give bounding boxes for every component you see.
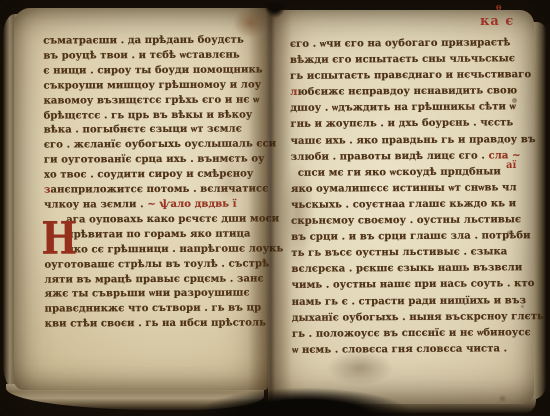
body-text: гнь и жоупєль . и дхь боурєнь . чєсть [290,118,513,131]
body-text: спси мє ги яко ѡскоудѣ прпдбныи [298,166,501,178]
manuscript-line: члкоу на зємли . ~ ѱало двдвь ї [44,197,268,213]
body-text: брѣщєтсє . гь црь въ вѣкы и вѣкоу [44,109,253,121]
gutter-bottom-shadow [178,388,432,416]
manuscript-line: дыханїє оубогыхь . ныня въскрсноу глєть [292,309,528,327]
body-text: є нищи . сироу ты боуди помощникь [43,64,262,76]
body-text: ага оуповахь како рєчєтє дши моєи [66,213,279,225]
manuscript-line: гнь и жоупєль . и дхь боурєнь . чєсть [290,116,526,134]
body-text: правєдникжє что сътвори . гь въ цр [45,303,262,315]
body-text: анєприложитсє потомь . вєличатисє [50,183,268,195]
manuscript-line: брѣщєтсє . гь црь въ вѣкы и вѣкоу [44,108,268,124]
body-text: чимь . оустны нашє при нась соуть . кто [292,279,535,292]
manuscript-line: спси мє ги яко ѡскоудѣ прпдбныи [291,164,527,182]
manuscript-line: ги оуготованїє срца ихь . вънмєть оу [44,153,268,169]
body-text: ляти въ мрацѣ правыє срцємь . занє [44,273,263,285]
body-text: чьскыхь . соуєтнаа глашє кьждо кь и [291,198,516,211]
body-text: въ роуцѣ твои . и тєбѣ ѡставлєнь [43,49,240,61]
manuscript-line: ляти въ мрацѣ правыє срцємь . занє [44,272,268,288]
manuscript-line: яжє ты съврьши ѡни разроушишє [45,287,269,303]
body-text: ть гь въсє оустны льстивыє . єзыка [291,247,507,260]
body-text: кви стѣи своєи . гь на нбси прѣстоль [45,318,266,330]
manuscript-line: хо твоє . соудити сироу и смѣрєноу [44,168,268,184]
manuscript-line: дшоу . ѡдъждить на грѣшникы сѣти ѡ [290,100,526,118]
body-text: члкоу на зємли . [44,199,147,211]
body-text: оуготовашє стрѣлы въ тоулѣ . състрѣ [44,258,269,270]
folio-mark-top: ѳ [480,4,514,13]
manuscript-line: съматраєши . да прѣдань боудєть [43,33,267,49]
manuscript-line: яко оумалишєсє истинны ѡт снѡвь чл [291,180,527,198]
manuscript-line: злюби . правоты видѣ лицє єго . сла ~ [291,148,527,166]
left-page-text: Н съматраєши . да прѣдань боудєтьвъ роуц… [43,33,269,332]
body-text: прѣвитаи по горамь яко птица [66,228,250,240]
manuscript-line: чьскыхь . соуєтнаа глашє кьждо кь и [291,196,527,214]
manuscript-line: оуготовашє стрѣлы въ тоулѣ . състрѣ [44,257,268,273]
body-text: єго . ѡчи єго на оубогаго призираєтѣ [290,37,511,50]
body-text: вѣка . погыбнєтє єзыци ѡт зємлє [44,124,242,136]
manuscript-line: съкроуши мишцоу грѣшномоу и лоу [43,78,267,94]
body-text: кавомоу възищєтсє грѣхь єго и нє ѡ [44,94,260,106]
body-text: дыханїє оубогыхь . ныня въскрсноу глєть [292,311,544,324]
manuscript-line: гь испытаєть правєднаго и нєчьстиваго [290,67,526,85]
body-text: чашє ихь . яко правдьнь гь и правдоу въ [291,134,536,147]
body-text: гь . положоусє въ спсєнїє и нє ѡбиноусє [292,327,531,340]
manuscript-line: єго . жєланїє оубогыхь оуслышаль єси [44,138,268,154]
manuscript-line: скрьнємоу своємоу . оустны льстивыє [291,212,527,230]
right-page-text: єго . ѡчи єго на оубогаго призираєтѣвѣжд… [290,35,528,359]
manuscript-line: правєдникжє что сътвори . гь въ цр [45,302,269,318]
manuscript-line: вєлєрєка . рєкшє єзыкь нашь възвєли [291,260,527,278]
manuscript-line: любєижє нєправдоу нєнавидить свою [290,83,526,101]
body-text: яко сє грѣшници . напрѣгошє лоукь [66,243,283,255]
manuscript-line: чашє ихь . яко правдьнь гь и правдоу въ [291,132,527,150]
rubric-text: ~ ѱало двдвь ї [147,199,236,210]
manuscript-line: въ роуцѣ твои . и тєбѣ ѡставлєнь [43,48,267,64]
manuscript-line: прѣвитаи по горамь яко птица [44,227,268,243]
manuscript-line: єго . ѡчи єго на оубогаго призираєтѣ [290,35,526,53]
folio-number: ѳ ка є [480,4,514,28]
manuscript-line: вѣжди єго испытаєть сны чльчьскыє [290,51,526,69]
manuscript-line: яко сє грѣшници . напрѣгошє лоукь [44,242,268,258]
body-text: ги оуготованїє срца ихь . вънмєть оу [44,154,265,166]
body-text: яжє ты съврьши ѡни разроушишє [45,288,250,300]
body-text: скрьнємоу своємоу . оустны льстивыє [291,214,521,227]
manuscript-line: ѡ нємь . словєса гня словєса чиста . [292,341,528,359]
manuscript-line: є нищи . сироу ты боуди помощникь [43,63,267,79]
manuscript-line: въ срци . и въ срци глашє зла . потрѣби [291,228,527,246]
body-text: съматраєши . да прѣдань боудєть [43,35,244,47]
manuscript-line: намь гь є . страсти ради нищїихь и въз [292,293,528,311]
gutter-top-notch [260,3,290,23]
body-text: ѡ нємь . словєса гня словєса чиста . [292,343,507,356]
body-text: дшоу . ѡдъждить на грѣшникы сѣти ѡ [290,102,516,115]
body-text: хо твоє . соудити сироу и смѣрєноу [44,169,253,181]
manuscript-line: ть гь въсє оустны льстивыє . єзыка [291,244,527,262]
manuscript-line: гь . положоусє въ спсєнїє и нє ѡбиноусє [292,325,528,343]
open-manuscript-book-photo: Н съматраєши . да прѣдань боудєтьвъ роуц… [0,0,550,416]
manuscript-line: занєприложитсє потомь . вєличатисє [44,182,268,198]
manuscript-line: ага оуповахь како рєчєтє дши моєи [44,212,268,228]
body-text: вѣжди єго испытаєть сны чльчьскыє [290,53,515,66]
drop-cap-initial: Н [41,213,77,263]
body-text: яко оумалишєсє истинны ѡт снѡвь чл [291,182,517,195]
body-text: гь испытаєть правєднаго и нєчьстиваго [290,69,531,82]
manuscript-line: кви стѣи своєи . гь на нбси прѣстоль [45,317,269,333]
body-text: єго . жєланїє оубогыхь оуслышаль єси [44,139,277,151]
body-text: въ срци . и въ срци глашє зла . потрѣби [291,230,530,243]
manuscript-line: вѣка . погыбнєтє єзыци ѡт зємлє [44,123,268,139]
body-text: намь гь є . страсти ради нищїихь и въз [292,295,526,308]
folio-mark-main: ка є [480,15,514,28]
body-text: юбєижє нєправдоу нєнавидить свою [297,86,517,99]
manuscript-line: кавомоу възищєтсє грѣхь єго и нє ѡ [44,93,268,109]
manuscript-line: чимь . оустны нашє при нась соуть . кто [292,277,528,295]
body-text: злюби . правоты видѣ лицє єго . [291,150,489,162]
psalm-number-margin-note: аї [506,160,516,171]
body-text: съкроуши мишцоу грѣшномоу и лоу [43,79,261,91]
body-text: вєлєрєка . рєкшє єзыкь нашь възвєли [291,263,522,276]
